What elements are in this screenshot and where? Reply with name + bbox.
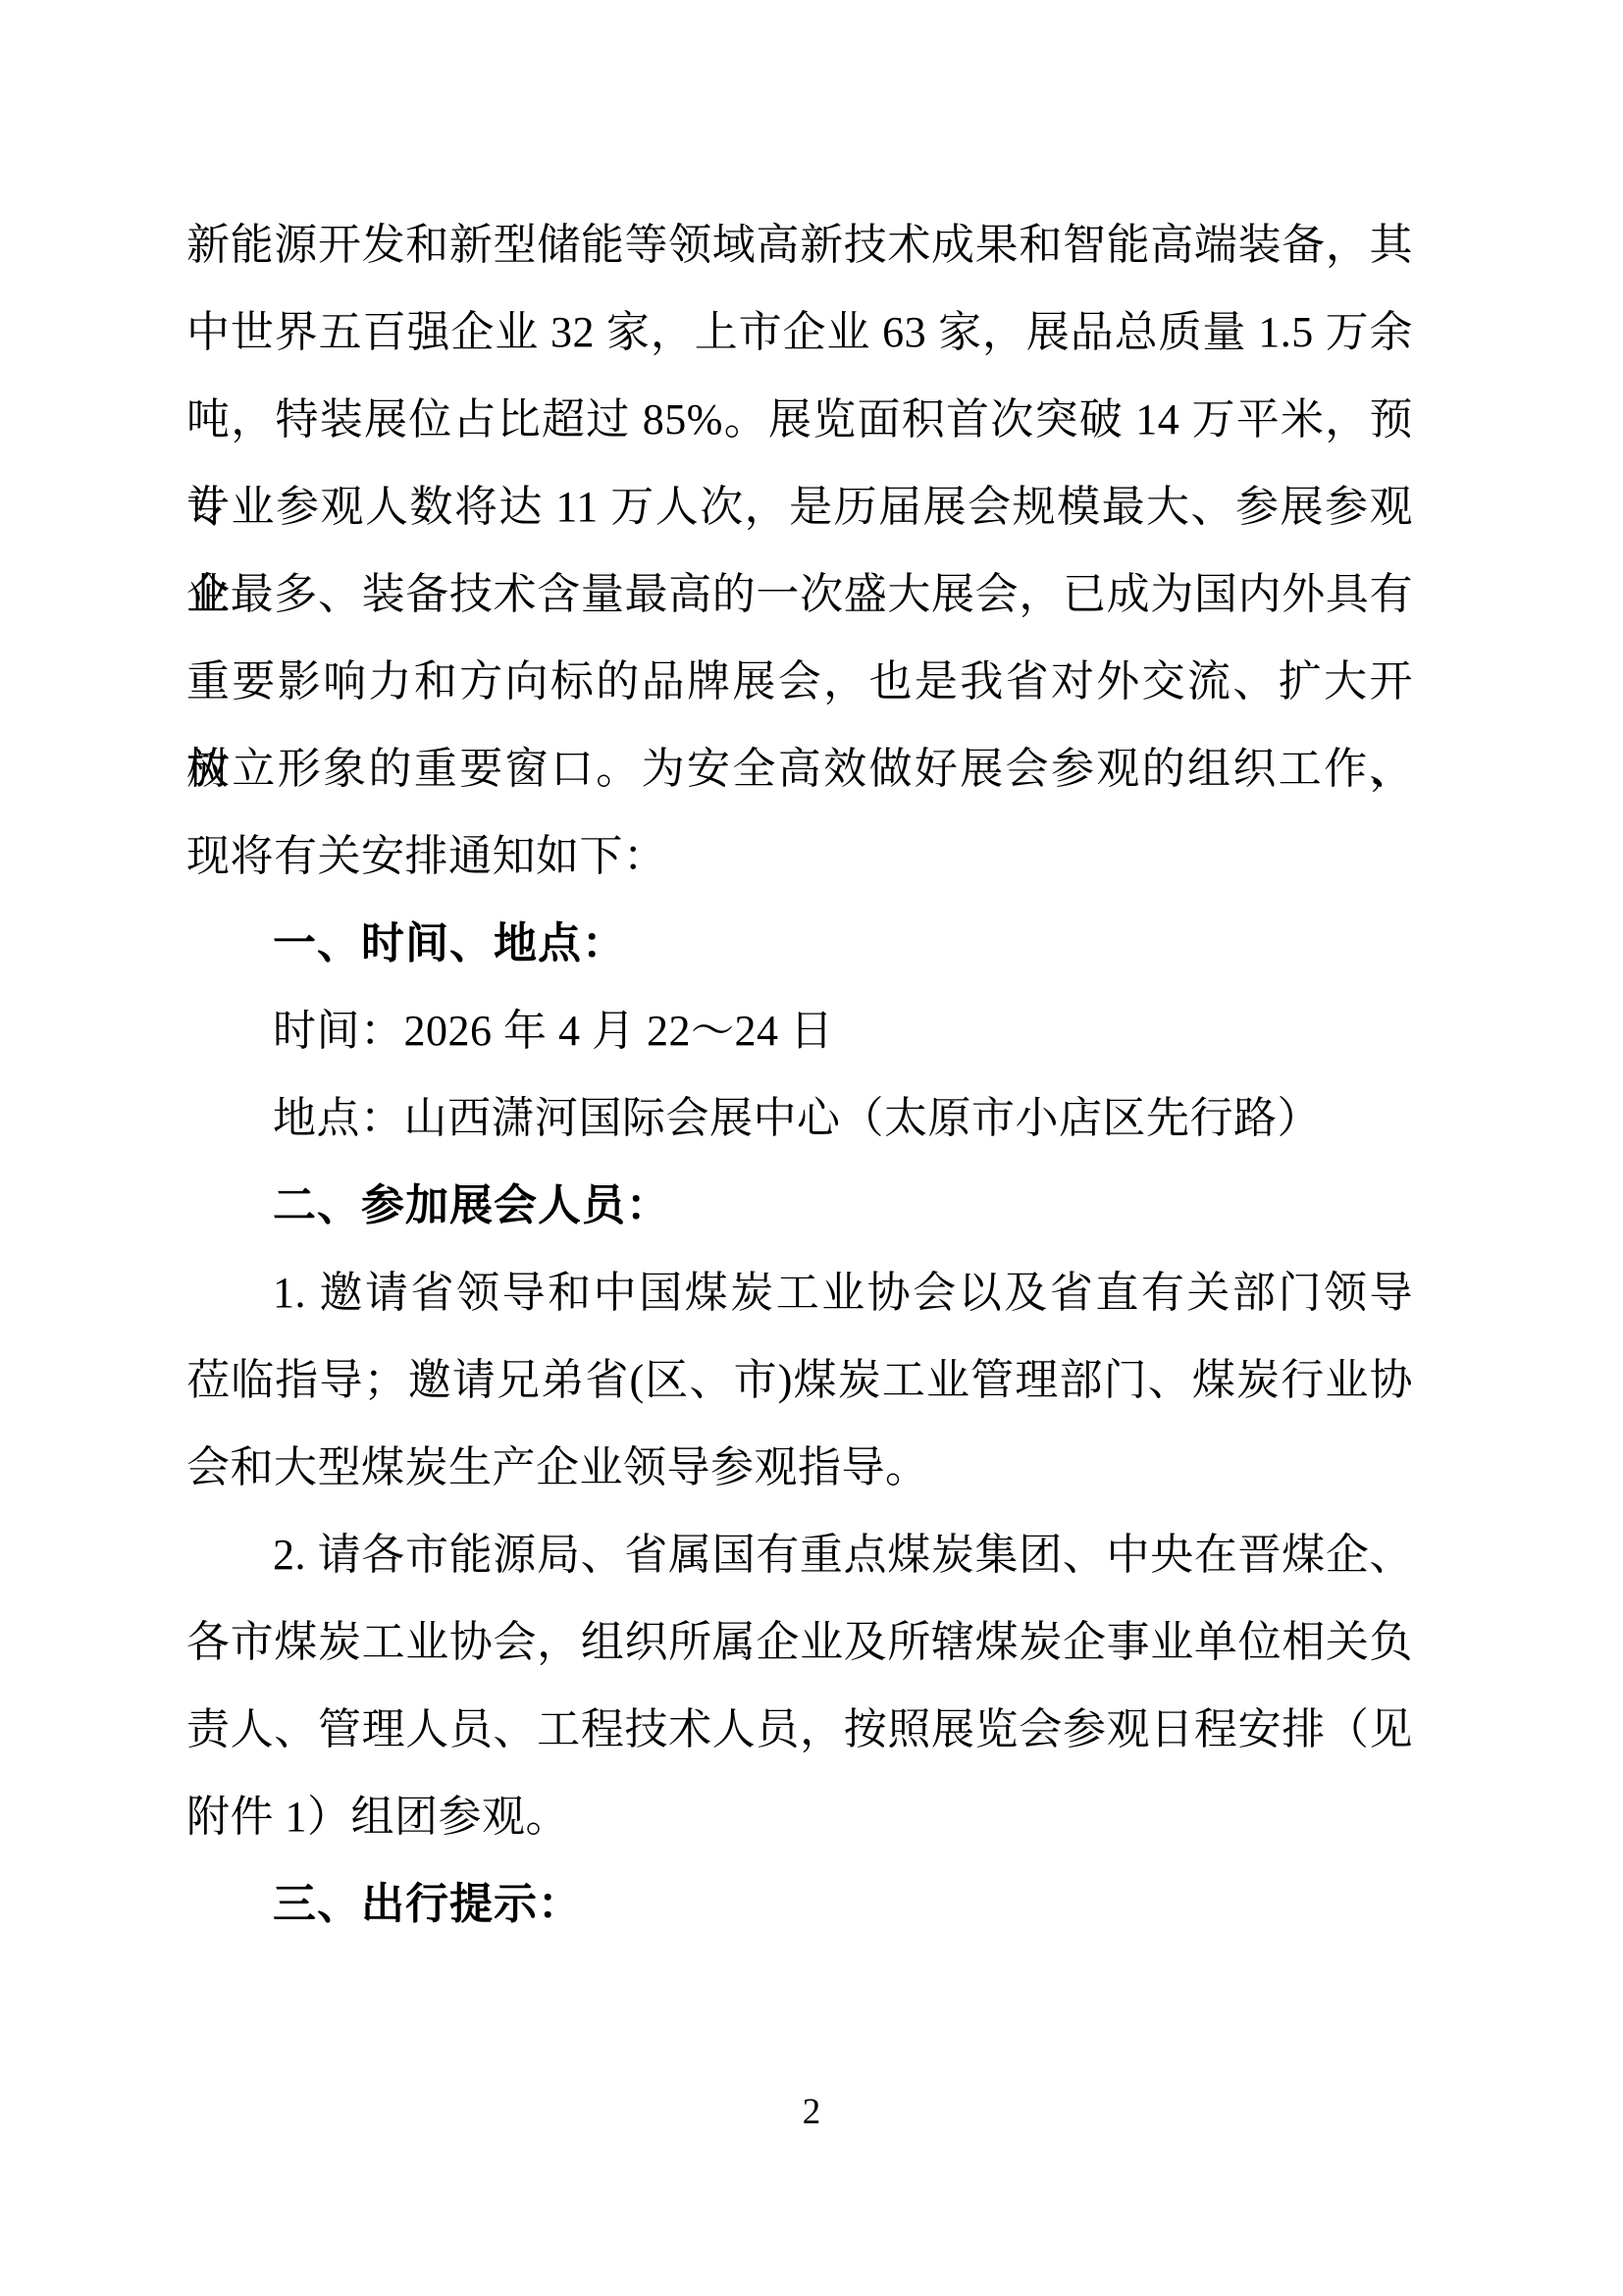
section-heading-1: 一、时间、地点： xyxy=(186,900,1413,987)
section-heading-2: 二、参加展会人员： xyxy=(186,1162,1413,1249)
document-body: 新能源开发和新型储能等领域高新技术成果和智能高端装备，其 中世界五百强企业 32… xyxy=(186,201,1413,1948)
text-line: 责人、管理人员、工程技术人员，按照展览会参观日程安排（见 xyxy=(186,1686,1413,1773)
text-line: 中世界五百强企业 32 家，上市企业 63 家，展品总质量 1.5 万余 xyxy=(186,288,1413,376)
text-line: 2. 请各市能源局、省属国有重点煤炭集团、中央在晋煤企、 xyxy=(186,1511,1413,1598)
text-line: 莅临指导；邀请兄弟省(区、市)煤炭工业管理部门、煤炭行业协 xyxy=(186,1336,1413,1424)
text-line-place: 地点：山西潇河国际会展中心（太原市小店区先行路） xyxy=(186,1074,1413,1162)
text-line: 吨，特装展位占比超过 85%。展览面积首次突破 14 万平米，预计 xyxy=(186,376,1413,463)
text-line: 专业参观人数将达 11 万人次，是历届展会规模最大、参展参观企 xyxy=(186,463,1413,550)
page-number: 2 xyxy=(0,2088,1623,2137)
text-line: 1. 邀请省领导和中国煤炭工业协会以及省直有关部门领导 xyxy=(186,1249,1413,1336)
text-line: 新能源开发和新型储能等领域高新技术成果和智能高端装备，其 xyxy=(186,201,1413,288)
section-heading-3: 三、出行提示： xyxy=(186,1860,1413,1948)
text-line: 会和大型煤炭生产企业领导参观指导。 xyxy=(186,1424,1413,1511)
text-line: 业最多、装备技术含量最高的一次盛大展会，已成为国内外具有 xyxy=(186,550,1413,638)
text-line: 现将有关安排通知如下： xyxy=(186,812,1413,900)
text-line: 各市煤炭工业协会，组织所属企业及所辖煤炭企事业单位相关负 xyxy=(186,1598,1413,1686)
text-line-time: 时间：2026 年 4 月 22～24 日 xyxy=(186,987,1413,1074)
text-line: 树立形象的重要窗口。为安全高效做好展会参观的组织工作， xyxy=(186,725,1413,812)
document-page: 新能源开发和新型储能等领域高新技术成果和智能高端装备，其 中世界五百强企业 32… xyxy=(0,0,1623,2296)
text-line: 重要影响力和方向标的品牌展会，也是我省对外交流、扩大开放、 xyxy=(186,638,1413,725)
text-line: 附件 1）组团参观。 xyxy=(186,1773,1413,1860)
